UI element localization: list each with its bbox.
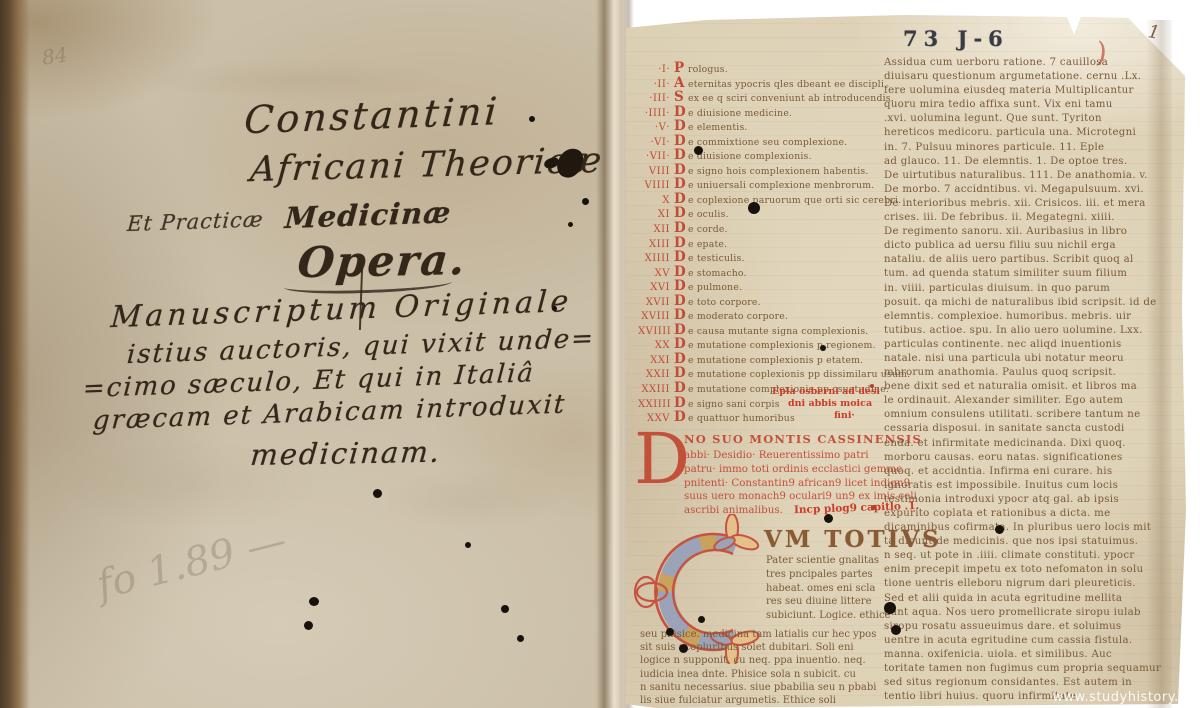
- text-line: sed situs regionum considantes. Est aute…: [884, 676, 1161, 690]
- toc-note-line-3: fini·: [834, 410, 855, 421]
- table-of-contents: ·I·Prologus. ·II·Aeternitas ypocris qles…: [638, 60, 910, 424]
- toc-row: XIIIDe epate.: [638, 235, 910, 250]
- toc-initial: D: [674, 294, 688, 309]
- toc-row: XXIIDe mutatione coplexionis pp dissimil…: [638, 365, 910, 380]
- rubric-line: patru· immo toti ordinis ecclastici gemm…: [684, 463, 917, 477]
- ink-spot: [582, 198, 589, 205]
- ink-spot: [568, 222, 573, 227]
- toc-row: ·V·De elementis.: [638, 118, 910, 133]
- text-line: dicto publica ad uersu filiu suu nichil …: [884, 239, 1161, 253]
- toc-entry-text: e epate.: [688, 239, 727, 250]
- text-line: testimonia introduxi ypocr atq gal. ab i…: [884, 493, 1161, 507]
- toc-entry-text: e uniuersali complexione menbrorum.: [688, 180, 874, 191]
- toc-initial: D: [674, 148, 688, 163]
- ink-spot: [679, 644, 688, 653]
- text-line: tione uentris elleboru nigrum dari pleur…: [884, 577, 1161, 591]
- text-line: natale. nisi una particula ubi notatur m…: [884, 352, 1161, 366]
- text-line: tutibus. actioe. spu. In alio uero uolum…: [884, 324, 1161, 338]
- toc-entry-text: rologus.: [688, 64, 728, 75]
- ink-spot: [304, 621, 313, 630]
- text-line: cessaria disposui. in sanitate sancta cu…: [884, 422, 1161, 436]
- ink-spot: [694, 146, 703, 155]
- prologue-line: subiciunt. Logice. ethice: [766, 609, 890, 623]
- toc-entry-text: e elementis.: [688, 122, 748, 133]
- toc-row: ·IIII·De diuisione medicine.: [638, 104, 910, 119]
- toc-row: XVDe stomacho.: [638, 264, 910, 279]
- toc-initial: D: [674, 192, 688, 207]
- toc-initial: D: [674, 119, 688, 134]
- text-line: ignoratis est impossibile. Inuitus cum l…: [884, 479, 1161, 493]
- text-line: particulas continente. nec aliqd inuenti…: [884, 338, 1161, 352]
- text-line: tum. ad quenda statum similiter suum fil…: [884, 267, 1161, 281]
- toc-entry-text: e commixtione seu complexione.: [688, 137, 847, 148]
- ink-spot: [501, 605, 509, 613]
- toc-row: ·III·Sex ee q sciri conveniunt ab introd…: [638, 89, 910, 104]
- toc-row: ·VI·De commixtione seu complexione.: [638, 133, 910, 148]
- bleed-through-smudge: [380, 470, 560, 530]
- ink-spot: [529, 116, 535, 122]
- toc-row: ·I·Prologus.: [638, 60, 910, 75]
- text-line: enim precepit impetu ex toto nefomaton i…: [884, 563, 1161, 577]
- text-line: morboru causas. eoru natas. significatio…: [884, 451, 1161, 465]
- toc-initial: D: [674, 105, 688, 120]
- toc-entry-text: e testiculis.: [688, 253, 745, 264]
- text-line: toritate tamen non fugimus cum propria s…: [884, 662, 1161, 676]
- text-line: mbrorum anathomia. Paulus quoq scripsit.: [884, 366, 1161, 380]
- inscription-line-1: Constantini: [243, 89, 501, 142]
- main-text-column: Assidua cum uerboru ratione. 7 cauillosa…: [884, 56, 1161, 704]
- prologue-line: seu phisice. medicina tam latialis cur h…: [640, 628, 876, 641]
- toc-initial: D: [674, 177, 688, 192]
- red-dot-mark: [871, 505, 876, 510]
- toc-entry-text: e pulmone.: [688, 282, 742, 293]
- toc-row: XIIIIDe testiculis.: [638, 249, 910, 264]
- pencil-number-top: 84: [40, 42, 69, 69]
- toc-entry-text: e corde.: [688, 224, 728, 235]
- toc-initial: D: [674, 221, 688, 236]
- ink-spot: [995, 525, 1004, 534]
- pencil-number-bottom: fo 1.89 —: [92, 517, 291, 608]
- text-line: hereticos medicoru. particula una. Micro…: [884, 126, 1161, 140]
- toc-entry-text: e diuisione medicine.: [688, 108, 792, 119]
- inscription-line-3a: Et Practicæ: [126, 207, 264, 236]
- prologue-line: sit suis acopluribus solet dubitari. Sol…: [640, 641, 876, 654]
- toc-entry-text: ex ee q sciri conveniunt ab introducendi…: [688, 93, 894, 104]
- toc-entry-text: e signo sani corpis: [688, 399, 780, 410]
- prologue-line: logice n supponit. cu neq. ppa inuentio.…: [640, 654, 876, 667]
- toc-entry-text: e quattuor humoribus: [688, 413, 795, 424]
- prologue-line: tres pncipales partes: [766, 568, 890, 582]
- toc-initial: P: [674, 61, 688, 76]
- text-line: De uirtutibus naturalibus. 111. De anath…: [884, 169, 1161, 183]
- ink-spot: [373, 489, 382, 498]
- toc-row: XXIDe mutatione complexionis p etatem.: [638, 351, 910, 366]
- rubric-lines: abbi· Desidio· Reuerentissimo patripatru…: [684, 449, 917, 504]
- text-line: ad glauco. 11. De elemntis. 1. De optoe …: [884, 155, 1161, 169]
- toc-row: ·II·Aeternitas ypocris qles dbeant ee di…: [638, 75, 910, 90]
- ink-spot: [465, 542, 471, 548]
- text-line: in. 7. Pulsuu minores particule. 11. Epl…: [884, 141, 1161, 155]
- ink-spot: [552, 306, 557, 311]
- toc-row: XDe coplexione paruorum que orti sic cer…: [638, 191, 910, 206]
- toc-row: XVIIDe toto corpore.: [638, 293, 910, 308]
- text-line: Assidua cum uerboru ratione. 7 cauillosa: [884, 56, 1161, 70]
- toc-row: XVIIIIDe causa mutante signa complexioni…: [638, 322, 910, 337]
- ink-spot: [517, 635, 524, 642]
- prologue-narrow-lines: Pater scientie gnalitastres pncipales pa…: [766, 554, 890, 623]
- text-line: bene dixit sed et naturalia omisit. et l…: [884, 380, 1161, 394]
- text-line: nataliu. de aliis uero partibus. Scribit…: [884, 253, 1161, 267]
- toc-row: XXDe mutatione complexionis p regionem.: [638, 336, 910, 351]
- book-edge: [0, 0, 30, 708]
- text-line: dant aqua. Nos uero promellicrate siropu…: [884, 606, 1161, 620]
- text-line: De morbo. 7 accidntibus. vi. Megapulsuum…: [884, 183, 1161, 197]
- watermark: www.studyhistory.cc: [1052, 690, 1194, 705]
- toc-initial: D: [674, 337, 688, 352]
- text-line: le ordinauit. Alexander similiter. Ego a…: [884, 394, 1161, 408]
- toc-initial: D: [674, 381, 688, 396]
- toc-initial: S: [674, 90, 688, 105]
- ink-spot: [820, 345, 826, 351]
- toc-row: VIIIDe signo hois complexionem habentis.: [638, 162, 910, 177]
- red-dot-mark: [870, 384, 874, 388]
- toc-initial: D: [674, 265, 688, 280]
- toc-initial: D: [674, 206, 688, 221]
- text-line: in. viiii. particulas diuisum. in quo pa…: [884, 282, 1161, 296]
- toc-initial: D: [674, 236, 688, 251]
- text-line: De regimento sanoru. xii. Auribasius in …: [884, 225, 1161, 239]
- toc-row: XIDe oculis.: [638, 205, 910, 220]
- left-page: 84 Constantini Africani Theoricæ Et Prac…: [0, 0, 622, 708]
- prologue-line: iudicia inea dnte. Phisice sola n subici…: [640, 668, 876, 681]
- toc-row: VIIIIDe uniuersali complexione menbrorum…: [638, 176, 910, 191]
- text-line: .xvi. uolumina legunt. Que sunt. Tyriton: [884, 112, 1161, 126]
- toc-entry-text: e mutatione complexionis p regionem.: [688, 340, 876, 351]
- toc-initial: D: [674, 250, 688, 265]
- inscription-line-3b: Medicinæ: [284, 195, 453, 235]
- text-line: expurito coplata et rationibus a dicta. …: [884, 507, 1161, 521]
- text-line: n seq. ut pote in .iiii. climate constit…: [884, 549, 1161, 563]
- prologue-line: habeat. omes eni scla: [766, 582, 890, 596]
- text-line: enda. et infirmitate medicinanda. Dixi q…: [884, 437, 1161, 451]
- toc-entry-text: eternitas ypocris qles dbeant ee discipl…: [688, 79, 887, 90]
- ink-spot: [666, 628, 674, 636]
- ink-spot: [698, 616, 705, 623]
- toc-row: ·VII·De diuisione complexionis.: [638, 147, 910, 162]
- toc-initial: D: [674, 352, 688, 367]
- manuscript-photo: 84 Constantini Africani Theoricæ Et Prac…: [0, 0, 1200, 708]
- toc-initial: D: [674, 323, 688, 338]
- toc-entry-text: e coplexione paruorum que orti sic cereb…: [688, 195, 901, 206]
- ink-spot: [884, 602, 896, 614]
- rubric-line: abbi· Desidio· Reuerentissimo patri: [684, 449, 917, 463]
- toc-entry-text: e mutatione coplexionis pp dissimilaru u…: [688, 369, 910, 380]
- toc-entry-text: e toto corpore.: [688, 297, 761, 308]
- text-line: fere uolumina eiusdeq materia Multiplica…: [884, 84, 1161, 98]
- toc-note-line-2: dni abbis moica: [788, 398, 872, 409]
- toc-initial: D: [674, 134, 688, 149]
- toc-entry-text: e mutatione complexionis p etatem.: [688, 355, 863, 366]
- toc-entry-text: e stomacho.: [688, 268, 747, 279]
- text-line: omnium consulens utilitati. scribere tan…: [884, 408, 1161, 422]
- toc-initial: D: [674, 396, 688, 411]
- ink-spot: [824, 514, 833, 523]
- prologue-line: res seu diuine littere: [766, 595, 890, 609]
- text-line: quoq. et accidntia. Infirma eni curare. …: [884, 465, 1161, 479]
- toc-entry-text: e oculis.: [688, 209, 729, 220]
- toc-row: XIIDe corde.: [638, 220, 910, 235]
- rubric-initial-d: D: [634, 424, 690, 494]
- text-line: siropu rosatu assueuimus dare. et soluim…: [884, 620, 1161, 634]
- toc-row: XVIDe pulmone.: [638, 278, 910, 293]
- ink-spot: [748, 202, 760, 214]
- toc-row: XVIIIDe moderato corpore.: [638, 307, 910, 322]
- toc-entry-text: e diuisione complexionis.: [688, 151, 812, 162]
- toc-initial: A: [674, 76, 688, 91]
- toc-entry-text: e moderato corpore.: [688, 311, 788, 322]
- shelfmark-stamp: 73 J-6: [903, 26, 1009, 51]
- text-line: quoru mira tedio affixa sunt. Vix eni ta…: [884, 98, 1161, 112]
- text-line: posuit. qa michi de naturalibus ibid scr…: [884, 296, 1161, 310]
- toc-entry-text: e causa mutante signa complexionis.: [688, 326, 868, 337]
- text-line: ta dicunt de medicinis. que nos ipsi sta…: [884, 535, 1161, 549]
- text-line: uentre in acuta egritudine cum cassia fi…: [884, 634, 1161, 648]
- toc-initial: D: [674, 308, 688, 323]
- text-line: diuisaru questionum argumetatione. cernu…: [884, 70, 1161, 84]
- text-line: De interioribus mebris. xii. Crisicos. i…: [884, 197, 1161, 211]
- toc-initial: D: [674, 279, 688, 294]
- text-line: dicaminibus cofirmata. In pluribus uero …: [884, 521, 1161, 535]
- toc-initial: D: [674, 163, 688, 178]
- prologue-line: Pater scientie gnalitas: [766, 554, 890, 568]
- prologue-line: n sanitu necessarius. siue pbabilia seu …: [640, 681, 876, 694]
- prologue-wide-lines: seu phisice. medicina tam latialis cur h…: [640, 628, 876, 707]
- inscription-line-9: medicinam.: [249, 435, 443, 472]
- rubric-line: pnitenti· Constantin9 african9 licet ind…: [684, 477, 917, 491]
- toc-initial: D: [674, 366, 688, 381]
- toc-note-line-1: Epla osberni ad desi: [772, 386, 880, 397]
- text-line: Sed et alii quida in acuta egritudine me…: [884, 592, 1161, 606]
- ink-spot: [309, 597, 319, 606]
- text-line: manna. oxifenicia. uiola. et similibus. …: [884, 648, 1161, 662]
- prologue-line: lis siue fulciatur argumetis. Ethice sol…: [640, 694, 876, 707]
- ink-spot: [891, 625, 901, 635]
- text-line: elemntis. complexioe. humoribus. mebris.…: [884, 310, 1161, 324]
- text-line: crises. iii. De febribus. ii. Megategni.…: [884, 211, 1161, 225]
- toc-entry-text: e signo hois complexionem habentis.: [688, 166, 869, 177]
